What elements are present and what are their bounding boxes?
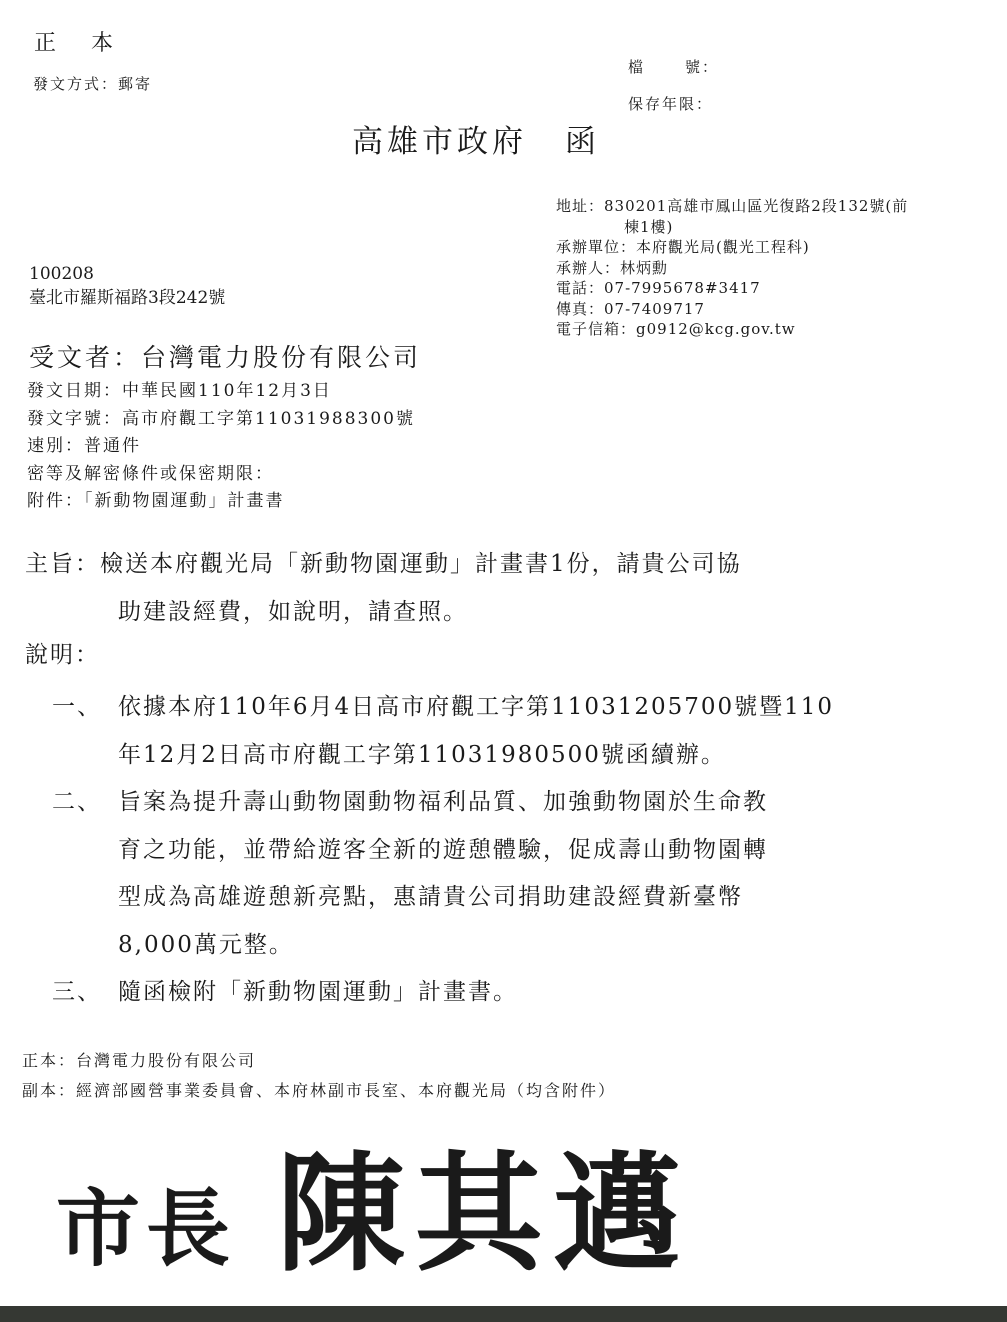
document-title: 高雄市政府函 (352, 116, 600, 161)
attachment: 附件：「新動物園運動」計畫書 (27, 488, 415, 516)
file-number-label-2: 號： (685, 58, 719, 76)
sender-contact-block: 地址：830201高雄市鳳山區光復路2段132號(前 棟1樓) 承辦單位：本府觀… (556, 196, 908, 340)
item-text: 旨案為提升壽山動物園動物福利品質、加強動物園於生命教 (118, 779, 768, 827)
street-address: 臺北市羅斯福路3段242號 (29, 286, 225, 310)
bottom-edge-bar (0, 1306, 1007, 1322)
doc-type: 函 (565, 124, 600, 160)
copy-recipients: 副本：經濟部國營事業委員會、本府林副市長室、本府觀光局（均含附件） (22, 1076, 616, 1106)
sender-address-cont: 棟1樓) (556, 217, 908, 238)
send-method: 發文方式：郵寄 (33, 73, 152, 94)
item-number: 二、 (52, 779, 118, 827)
retention-period-field: 保存年限： (628, 93, 713, 114)
doc-number: 發文字號：高市府觀工字第11031988300號 (27, 406, 415, 434)
signature-name: 陳其邁 (277, 1139, 691, 1289)
issue-date: 發文日期：中華民國110年12月3日 (27, 378, 415, 406)
explanation-heading: 說明： (25, 636, 100, 669)
fax: 傳真：07-7409717 (556, 299, 908, 320)
subject-line: 助建設經費，如說明，請查照。 (25, 588, 742, 636)
signature-title: 市長 (56, 1179, 236, 1278)
handling-officer: 承辦人：林炳勳 (556, 258, 908, 279)
confidentiality: 密等及解密條件或保密期限： (27, 461, 415, 489)
item-text: 8,000萬元整。 (52, 922, 834, 970)
phone: 電話：07-7995678#3417 (556, 278, 908, 299)
issuing-org: 高雄市政府 (352, 124, 527, 160)
distribution-list: 正本：台灣電力股份有限公司 副本：經濟部國營事業委員會、本府林副市長室、本府觀光… (22, 1046, 616, 1106)
speed-class: 速別：普通件 (27, 433, 415, 461)
item-text: 年12月2日高市府觀工字第11031980500號函續辦。 (52, 732, 834, 780)
copy-type-label: 正 本 (34, 26, 127, 57)
subject-line: 主旨：檢送本府觀光局「新動物園運動」計畫書1份，請貴公司協 (25, 540, 742, 588)
explanation-item: 三、隨函檢附「新動物園運動」計畫書。 (52, 969, 834, 1017)
item-text: 型成為高雄遊憩新亮點，惠請貴公司捐助建設經費新臺幣 (52, 874, 834, 922)
explanation-list: 一、依據本府110年6月4日高市府觀工字第11031205700號暨110 年1… (52, 684, 834, 1017)
subject: 主旨：檢送本府觀光局「新動物園運動」計畫書1份，請貴公司協 助建設經費，如說明，… (25, 540, 742, 636)
recipient-address: 100208 臺北市羅斯福路3段242號 (29, 262, 225, 310)
sender-address: 地址：830201高雄市鳳山區光復路2段132號(前 (556, 196, 908, 217)
item-text: 育之功能，並帶給遊客全新的遊憩體驗，促成壽山動物園轉 (52, 827, 834, 875)
item-number: 三、 (52, 969, 118, 1017)
handling-unit: 承辦單位：本府觀光局(觀光工程科) (556, 237, 908, 258)
file-number-label: 檔 (628, 58, 645, 76)
postal-code: 100208 (29, 262, 225, 286)
original-recipient: 正本：台灣電力股份有限公司 (22, 1046, 616, 1076)
recipient: 受文者：台灣電力股份有限公司 (29, 338, 421, 374)
mayor-signature: 市長 陳其邁 (56, 1150, 691, 1278)
item-text: 依據本府110年6月4日高市府觀工字第11031205700號暨110 (118, 684, 834, 732)
explanation-item: 一、依據本府110年6月4日高市府觀工字第11031205700號暨110 年1… (52, 684, 834, 779)
explanation-item: 二、旨案為提升壽山動物園動物福利品質、加強動物園於生命教 育之功能，並帶給遊客全… (52, 779, 834, 969)
item-text: 隨函檢附「新動物園運動」計畫書。 (118, 969, 518, 1017)
email: 電子信箱：g0912@kcg.gov.tw (556, 319, 908, 340)
file-number-field: 檔號： (628, 56, 719, 77)
item-number: 一、 (52, 684, 118, 732)
document-meta: 發文日期：中華民國110年12月3日 發文字號：高市府觀工字第110319883… (27, 378, 415, 516)
